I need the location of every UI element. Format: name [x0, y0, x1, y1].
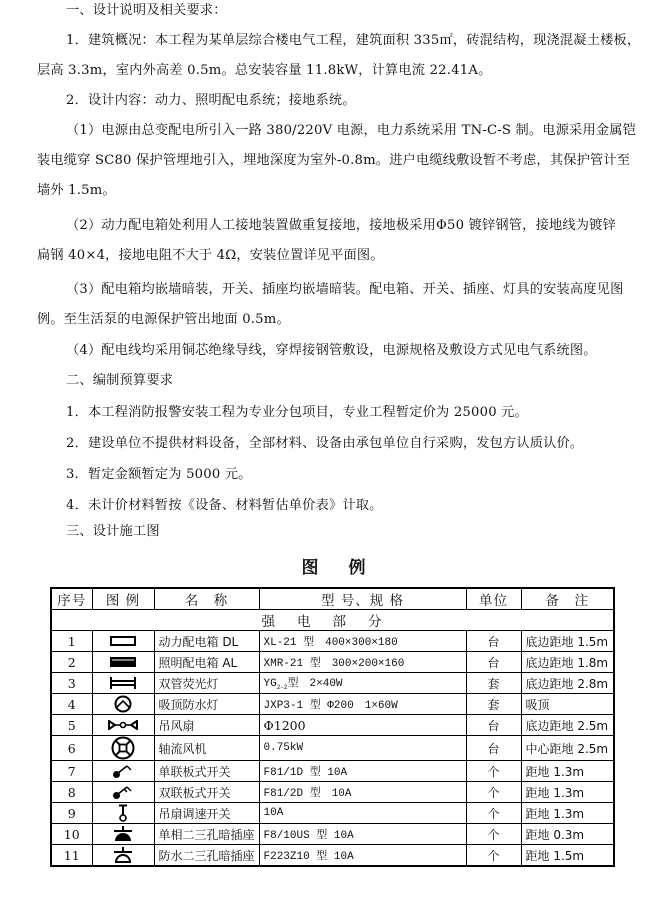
spec-rest: 型 2×40W	[288, 678, 343, 690]
row-unit: 个	[466, 824, 521, 845]
row-symbol	[92, 845, 154, 867]
single-switch-icon	[97, 761, 150, 781]
row-spec: 0.75kW	[259, 736, 466, 761]
row-name: 吊扇调速开关	[154, 803, 259, 824]
row-spec: YG2-2型 2×40W	[259, 673, 466, 694]
row-note: 距地 1.3m	[521, 782, 614, 803]
row-symbol	[92, 824, 154, 845]
row-spec: XL-21 型 400×300×180	[259, 631, 466, 652]
row-no: 3	[51, 673, 92, 694]
row-note: 底边距地 2.5m	[521, 715, 614, 736]
table-row: 4 吸顶防水灯 JXP3-1 型 Φ200 1×60W 套 吸顶	[51, 694, 614, 715]
header-unit: 单位	[466, 588, 521, 610]
row-no: 6	[51, 736, 92, 761]
row-symbol	[92, 782, 154, 803]
header-symbol: 图 例	[92, 588, 154, 610]
section3-heading: 三、设计施工图	[66, 524, 666, 540]
waterproof-socket-icon	[97, 845, 150, 865]
s1-sub2-line1: （2）动力配电箱处利用人工接地装置做重复接地，接地极采用Φ50 镀锌钢管，接地线…	[66, 218, 666, 234]
row-note: 底边距地 2.8m	[521, 673, 614, 694]
row-no: 2	[51, 652, 92, 673]
double-fluorescent-lamp-icon	[97, 673, 150, 693]
legend-header-row: 序号 图 例 名 称 型 号、规 格 单位 备 注	[51, 588, 614, 610]
row-note: 距地 0.3m	[521, 824, 614, 845]
s1-item1-line1: 1．建筑概况：本工程为某单层综合楼电气工程，建筑面积 335㎡，砖混结构，现浇混…	[66, 33, 666, 49]
s1-item1-line2: 层高 3.3m，室内外高差 0.5m。总安装容量 11.8kW，计算电流 22.…	[37, 63, 637, 79]
row-unit: 个	[466, 761, 521, 782]
row-spec: F81/1D 型 10A	[259, 761, 466, 782]
lighting-distribution-box-icon	[97, 652, 150, 672]
row-unit: 台	[466, 736, 521, 761]
legend-table: 序号 图 例 名 称 型 号、规 格 单位 备 注 强电部分 1 动力配电箱 D…	[50, 587, 615, 867]
row-unit: 个	[466, 782, 521, 803]
row-symbol	[92, 761, 154, 782]
row-name: 单联板式开关	[154, 761, 259, 782]
fan-speed-switch-icon	[97, 803, 150, 823]
table-row: 9 吊扇调速开关 10A 个 距地 1.3m	[51, 803, 614, 824]
row-spec: F8/10US 型 10A	[259, 824, 466, 845]
row-no: 4	[51, 694, 92, 715]
ceiling-waterproof-lamp-icon	[97, 694, 150, 714]
row-spec: 10A	[259, 803, 466, 824]
section-row-strong-current: 强电部分	[51, 610, 614, 631]
row-name: 吊风扇	[154, 715, 259, 736]
row-no: 7	[51, 761, 92, 782]
s2-item3: 3．暂定金额暂定为 5000 元。	[66, 467, 666, 483]
s1-sub1-line2: 装电缆穿 SC80 保护管埋地引入，埋地深度为室外-0.8m。进户电缆线敷设暂不…	[37, 153, 637, 169]
row-no: 8	[51, 782, 92, 803]
s2-item2: 2．建设单位不提供材料设备，全部材料、设备由承包单位自行采购，发包方认质认价。	[66, 436, 666, 452]
row-note: 吸顶	[521, 694, 614, 715]
row-spec: F223Z10 型 10A	[259, 845, 466, 867]
spec-prefix: YG	[264, 678, 277, 690]
row-symbol	[92, 736, 154, 761]
row-spec: Φ1200	[259, 715, 466, 736]
power-distribution-box-icon	[97, 631, 150, 651]
table-row: 10 单相二三孔暗插座 F8/10US 型 10A 个 距地 0.3m	[51, 824, 614, 845]
table-row: 5 吊风扇 Φ1200 台 底边距地 2.5m	[51, 715, 614, 736]
row-note: 距地 1.3m	[521, 761, 614, 782]
row-unit: 台	[466, 652, 521, 673]
row-unit: 个	[466, 803, 521, 824]
row-spec: JXP3-1 型 Φ200 1×60W	[259, 694, 466, 715]
row-name: 轴流风机	[154, 736, 259, 761]
row-no: 9	[51, 803, 92, 824]
axial-fan-icon	[97, 736, 150, 760]
ceiling-fan-icon	[97, 715, 150, 735]
header-spec: 型 号、规 格	[259, 588, 466, 610]
row-no: 11	[51, 845, 92, 867]
legend-title: 图例	[0, 553, 667, 578]
row-name: 单相二三孔暗插座	[154, 824, 259, 845]
table-row: 8 双联板式开关 F81/2D 型 10A 个 距地 1.3m	[51, 782, 614, 803]
row-name: 照明配电箱 AL	[154, 652, 259, 673]
s1-sub4: （4）配电线均采用铜芯绝缘导线，穿焊接钢管敷设，电源规格及敷设方式见电气系统图。	[66, 343, 666, 359]
row-symbol	[92, 652, 154, 673]
row-unit: 台	[466, 631, 521, 652]
header-no: 序号	[51, 588, 92, 610]
header-note: 备 注	[521, 588, 614, 610]
s1-sub3-line2: 例。至生活泵的电源保护管出地面 0.5m。	[37, 312, 637, 328]
s1-sub1-line1: （1）电源由总变配电所引入一路 380/220V 电源，电力系统采用 TN-C-…	[66, 123, 666, 139]
s2-item4: 4．未计价材料暂按《设备、材料暂估单价表》计取。	[66, 498, 666, 514]
spec-subscript: 2-2	[277, 685, 288, 692]
header-name: 名 称	[154, 588, 259, 610]
table-row: 6 轴流风机 0.75kW 台 中心距地 2.5m	[51, 736, 614, 761]
row-symbol	[92, 694, 154, 715]
row-symbol	[92, 803, 154, 824]
socket-icon	[97, 824, 150, 844]
row-name: 双联板式开关	[154, 782, 259, 803]
row-spec: F81/2D 型 10A	[259, 782, 466, 803]
s2-item1: 1．本工程消防报警安装工程为专业分包项目，专业工程暂定价为 25000 元。	[66, 405, 666, 421]
row-name: 动力配电箱 DL	[154, 631, 259, 652]
row-symbol	[92, 673, 154, 694]
row-symbol	[92, 631, 154, 652]
s1-sub2-line2: 扁钢 40×4，接地电阻不大于 4Ω，安装位置详见平面图。	[37, 248, 637, 264]
row-note: 底边距地 1.8m	[521, 652, 614, 673]
table-row: 1 动力配电箱 DL XL-21 型 400×300×180 台 底边距地 1.…	[51, 631, 614, 652]
row-symbol	[92, 715, 154, 736]
row-note: 距地 1.3m	[521, 803, 614, 824]
s1-item2: 2．设计内容：动力、照明配电系统；接地系统。	[66, 93, 666, 109]
row-no: 10	[51, 824, 92, 845]
table-row: 11 防水二三孔暗插座 F223Z10 型 10A 个 距地 1.5m	[51, 845, 614, 867]
row-unit: 个	[466, 845, 521, 867]
row-unit: 套	[466, 694, 521, 715]
row-note: 中心距地 2.5m	[521, 736, 614, 761]
section1-heading: 一、设计说明及相关要求：	[66, 3, 666, 19]
row-unit: 台	[466, 715, 521, 736]
row-no: 5	[51, 715, 92, 736]
double-switch-icon	[97, 782, 150, 802]
row-name: 双管荧光灯	[154, 673, 259, 694]
row-name: 防水二三孔暗插座	[154, 845, 259, 867]
row-spec: XMR-21 型 300×200×160	[259, 652, 466, 673]
section2-heading: 二、编制预算要求	[66, 373, 666, 389]
section-label: 强电部分	[51, 610, 614, 631]
row-no: 1	[51, 631, 92, 652]
row-unit: 套	[466, 673, 521, 694]
row-name: 吸顶防水灯	[154, 694, 259, 715]
table-row: 7 单联板式开关 F81/1D 型 10A 个 距地 1.3m	[51, 761, 614, 782]
table-row: 2 照明配电箱 AL XMR-21 型 300×200×160 台 底边距地 1…	[51, 652, 614, 673]
s1-sub1-line3: 墙外 1.5m。	[37, 183, 637, 199]
row-note: 距地 1.5m	[521, 845, 614, 867]
row-note: 底边距地 1.5m	[521, 631, 614, 652]
s1-sub3-line1: （3）配电箱均嵌墙暗装，开关、插座均嵌墙暗装。配电箱、开关、插座、灯具的安装高度…	[66, 282, 666, 298]
table-row: 3 双管荧光灯 YG2-2型 2×40W 套 底边距地 2.8m	[51, 673, 614, 694]
